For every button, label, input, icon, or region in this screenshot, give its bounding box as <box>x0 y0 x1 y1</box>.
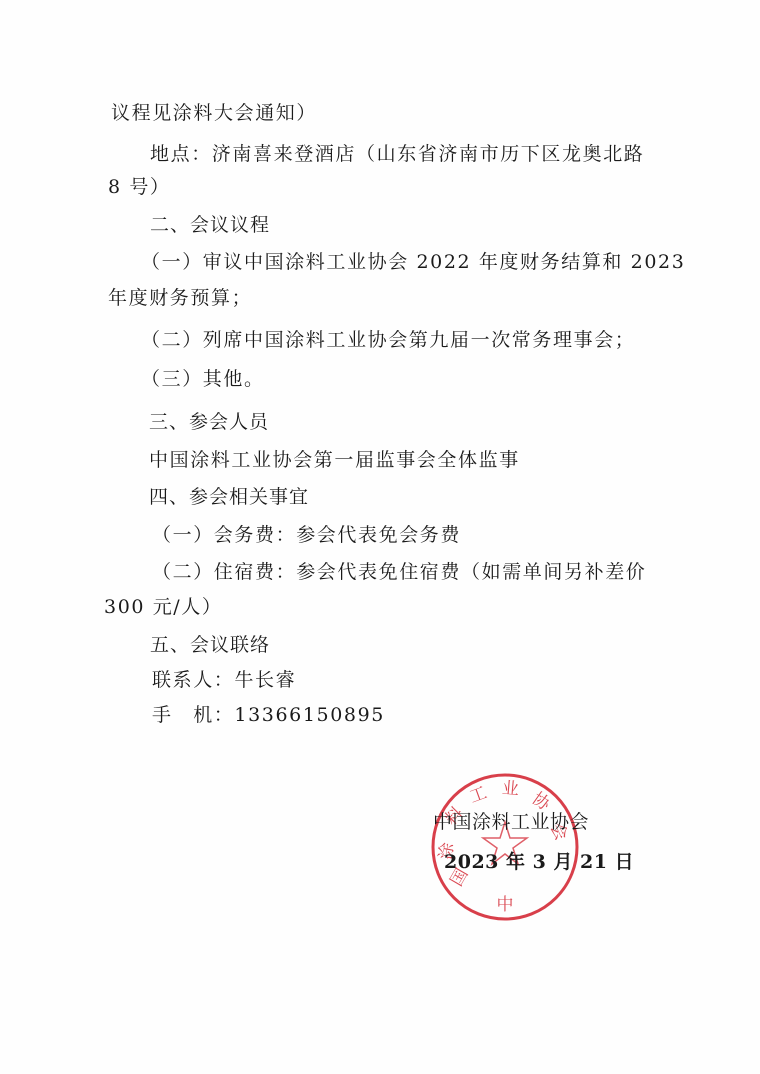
document-page: 议程见涂料大会通知） 地点：济南喜来登酒店（山东省济南市历下区龙奥北路 8 号）… <box>0 0 760 1074</box>
accommodation-fee-text-continued: 300 元/人） <box>104 595 223 619</box>
signature-organization: 中国涂料工业协会 <box>433 810 589 834</box>
section-5-heading: 五、会议联络 <box>150 633 270 657</box>
agenda-item-1: （一）审议中国涂料工业协会 2022 年度财务结算和 2023 <box>141 250 685 274</box>
location-text-continued: 8 号） <box>108 175 171 199</box>
svg-text:中: 中 <box>497 895 514 915</box>
location-text: 地点：济南喜来登酒店（山东省济南市历下区龙奥北路 <box>150 142 644 166</box>
svg-text:工: 工 <box>467 783 490 808</box>
svg-text:业: 业 <box>501 778 520 799</box>
signature-date: 2023 年 3 月 21 日 <box>444 850 634 874</box>
section-3-heading: 三、参会人员 <box>149 410 269 434</box>
agenda-reference-text: 议程见涂料大会通知） <box>111 101 317 125</box>
meeting-fee-text: （一）会务费：参会代表免会务费 <box>152 523 461 547</box>
accommodation-fee-text: （二）住宿费：参会代表免住宿费（如需单间另补差价 <box>152 560 646 584</box>
official-seal-icon: 国 中 涂 料 工 业 协 会 <box>430 772 580 922</box>
contact-person-text: 联系人：牛长睿 <box>152 668 296 692</box>
agenda-item-3: （三）其他。 <box>141 367 265 391</box>
section-4-heading: 四、参会相关事宜 <box>149 485 309 509</box>
agenda-item-1-continued: 年度财务预算； <box>108 286 252 310</box>
attendees-text: 中国涂料工业协会第一届监事会全体监事 <box>149 448 520 472</box>
contact-phone-text: 手 机：13366150895 <box>152 703 385 727</box>
section-2-heading: 二、会议议程 <box>150 213 270 237</box>
agenda-item-2: （二）列席中国涂料工业协会第九届一次常务理事会； <box>141 328 635 352</box>
